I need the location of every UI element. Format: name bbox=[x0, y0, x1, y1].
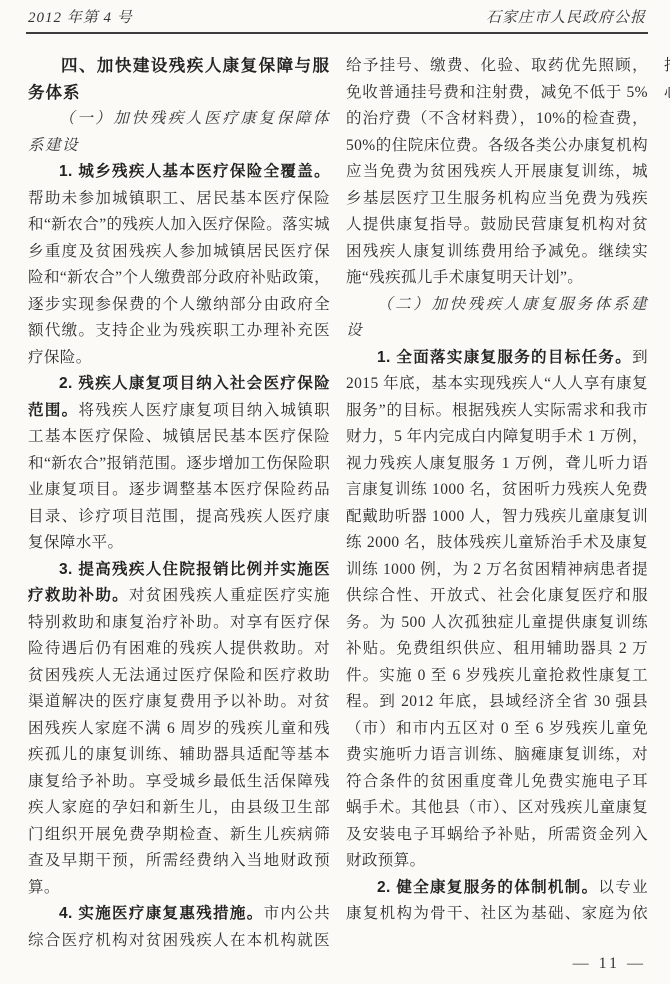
page-header: 2012 年第 4 号 石家庄市人民政府公报 bbox=[26, 0, 648, 34]
gazette-title: 石家庄市人民政府公报 bbox=[486, 9, 646, 28]
page-number: — 11 — bbox=[573, 955, 646, 973]
paragraph: 1. 城乡残疾人基本医疗保险全覆盖。帮助未参加城镇职工、居民基本医疗保险和“新农… bbox=[28, 159, 330, 371]
paragraph-lead: 1. 城乡残疾人基本医疗保险全覆盖。 bbox=[59, 163, 330, 180]
paragraph-lead: 2. 健全康复服务的体制机制。 bbox=[377, 879, 598, 896]
gazette-page: 2012 年第 4 号 石家庄市人民政府公报 四、加快建设残疾人康复保障与服务体… bbox=[0, 0, 670, 984]
paragraph-lead: 4. 实施医疗康复惠残措施。 bbox=[59, 905, 264, 922]
document-body: 四、加快建设残疾人康复保障与服务体系（一）加快残疾人医疗康复保障体系建设1. 城… bbox=[28, 53, 648, 961]
paragraph-lead: 3. 提高残疾人住院报销比例并实施医疗救助补助。 bbox=[28, 561, 330, 605]
paragraph-lead: 1. 全面落实康复服务的目标任务。 bbox=[377, 349, 632, 366]
paragraph: 2. 残疾人康复项目纳入社会医疗保险范围。将残疾人医疗康复项目纳入城镇职工基本医… bbox=[28, 371, 330, 557]
section-heading: 四、加快建设残疾人康复保障与服务体系 bbox=[28, 53, 330, 106]
sub-section-heading: （二）加快残疾人康复服务体系建设 bbox=[346, 292, 648, 345]
issue-label: 2012 年第 4 号 bbox=[28, 9, 133, 28]
paragraph: 3. 提高残疾人住院报销比例并实施医疗救助补助。对贫困残疾人重症医疗实施特别救助… bbox=[28, 557, 330, 902]
paragraph: 1. 全面落实康复服务的目标任务。到 2015 年底，基本实现残疾人“人人享有康… bbox=[346, 345, 648, 875]
paragraph-lead: 2. 残疾人康复项目纳入社会医疗保险范围。 bbox=[28, 375, 330, 419]
sub-section-heading: （一）加快残疾人医疗康复保障体系建设 bbox=[28, 106, 330, 159]
